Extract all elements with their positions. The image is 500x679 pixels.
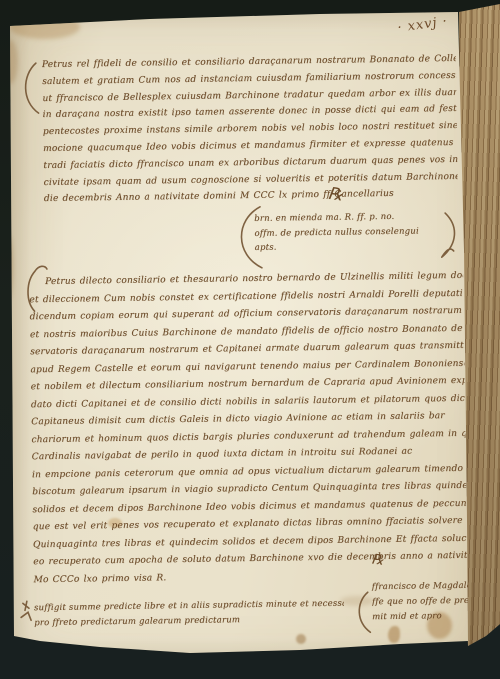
text-line: pro ffreto predictarum galearum predicta… xyxy=(34,612,344,632)
text-line: ffrancisco de Magdalena iiij ff xyxy=(372,579,472,595)
folio-number: · xxvj · xyxy=(397,14,449,36)
text-line: ffe que no offe de predicta xyxy=(372,594,472,610)
manuscript-photo: · xxvj · Petrus rel ffideli de consilio … xyxy=(0,0,500,679)
registration-note-bottom: ffrancisco de Magdalena iiij ffffe que n… xyxy=(372,579,473,625)
text-line: offm. de predicta nullus conselengui xyxy=(254,224,444,241)
registration-note: brn. en mienda ma. R. ff. p. no.offm. de… xyxy=(254,209,445,255)
text-line: mit mid et apro xyxy=(372,609,472,625)
margin-mark xyxy=(23,601,29,610)
margin-mark xyxy=(21,612,31,620)
text-line: apts. xyxy=(255,238,445,255)
manuscript-page: · xxvj · Petrus rel ffideli de consilio … xyxy=(0,0,500,679)
opening-bracket-flourish xyxy=(25,63,38,113)
handwriting-layer: · xxvj · Petrus rel ffideli de consilio … xyxy=(0,0,500,679)
bottom-note-bracket xyxy=(359,592,370,632)
register-entry-1: Petrus rel ffideli de consilio et consil… xyxy=(42,51,458,208)
chancery-mark-icon: ℞ xyxy=(370,551,384,568)
chancery-mark-icon: ℞ xyxy=(327,184,345,206)
marginal-note-left: suffigit summe predicte libre et in alii… xyxy=(34,597,344,632)
register-entry-2: Petrus dilecto consiliario et thesaurari… xyxy=(29,268,468,589)
